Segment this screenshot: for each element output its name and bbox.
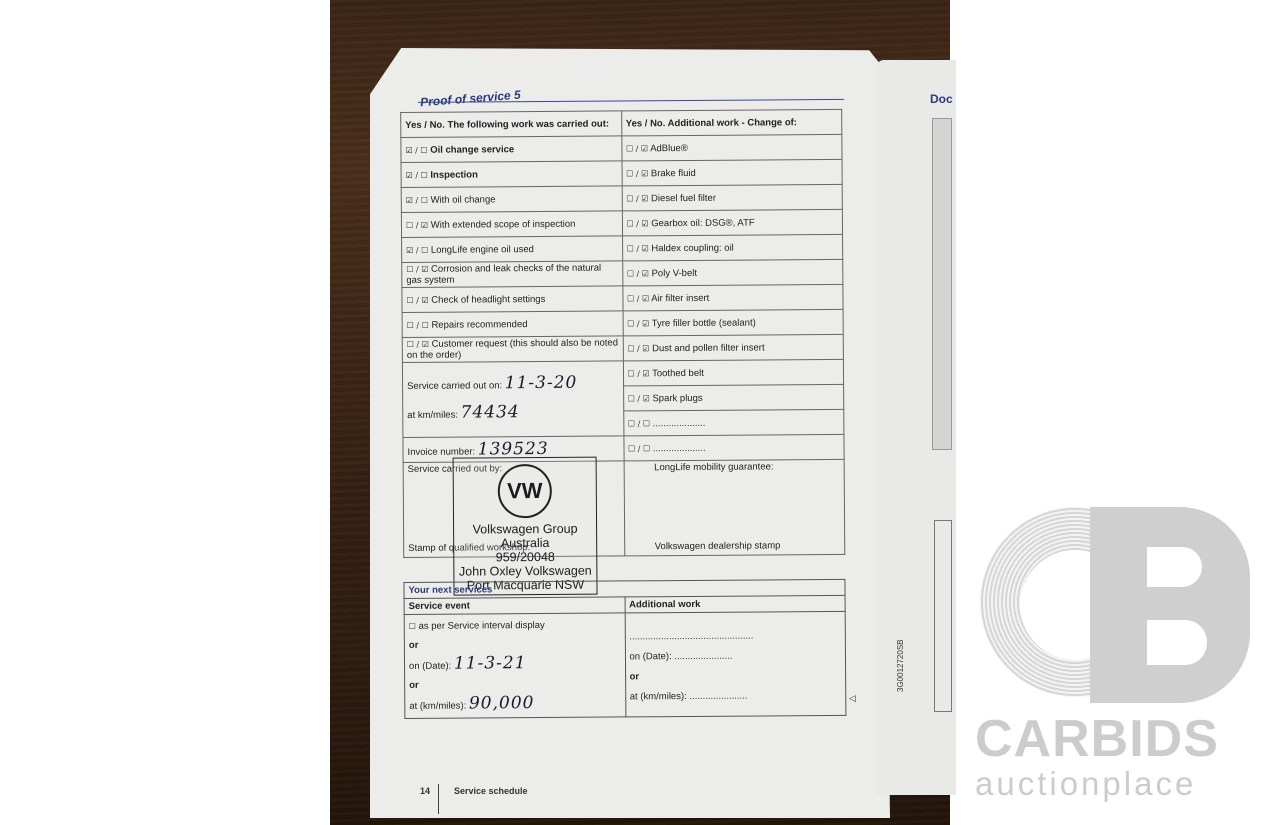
- right-row-cell: ☐ / ☑ Poly V-belt: [622, 259, 843, 286]
- row-label: With extended scope of inspection: [428, 218, 575, 230]
- right-row-cell: ☐ / ☑ Tyre filler bottle (sealant): [623, 309, 844, 336]
- km-label: at (km/miles):: [630, 691, 687, 702]
- additional-work-cell: ........................................…: [625, 611, 846, 717]
- left-row-cell: ☐ / ☑ With extended scope of inspection: [401, 211, 622, 238]
- left-row-cell: ☐ / ☐ Repairs recommended: [402, 311, 623, 338]
- carbids-watermark: CARBIDS auctionplace: [975, 505, 1255, 815]
- next-date-value[interactable]: 11-3-21: [454, 653, 527, 674]
- left-header: Yes / No. The following work was carried…: [401, 111, 622, 138]
- right-row-cell: ☐ / ☑ Spark plugs: [623, 384, 844, 411]
- table-row: Service carried out on: 11-3-20at km/mil…: [402, 359, 843, 387]
- date-label: on (Date):: [629, 651, 671, 662]
- yes-checkbox[interactable]: ☐: [627, 369, 634, 378]
- right-row-cell: ☐ / ☑ Air filter insert: [622, 284, 843, 311]
- or-label: or: [630, 666, 842, 687]
- row-label: Toothed belt: [650, 367, 704, 378]
- yes-checkbox[interactable]: ☐: [627, 244, 634, 253]
- service-details-cell: Service carried out on: 11-3-20at km/mil…: [402, 361, 623, 438]
- service-date-label: Service carried out on:: [407, 380, 502, 392]
- left-row-cell: ☑ / ☐ Oil change service: [401, 136, 622, 163]
- yes-checkbox[interactable]: ☐: [628, 419, 635, 428]
- row-label: Poly V-belt: [649, 267, 697, 278]
- row-label: Brake fluid: [648, 167, 696, 178]
- carbids-logo-icon: [975, 505, 1255, 705]
- interval-label: as per Service interval display: [419, 620, 545, 632]
- no-checkbox[interactable]: ☑: [641, 144, 648, 153]
- yes-checkbox[interactable]: ☐: [626, 169, 633, 178]
- service-date-value[interactable]: 11-3-20: [505, 373, 578, 394]
- row-label: Air filter insert: [649, 292, 709, 303]
- invoice-label: Invoice number:: [408, 446, 476, 457]
- dots-field[interactable]: ......................: [674, 651, 732, 662]
- right-row-cell: ☐ / ☑ Dust and pollen filter insert: [623, 334, 844, 361]
- right-page-table: [934, 520, 952, 712]
- doc-code: 3G0012720SB: [896, 640, 905, 693]
- row-label: Customer request (this should also be no…: [407, 337, 618, 360]
- watermark-brand: CARBIDS: [975, 713, 1255, 765]
- next-km-value[interactable]: 90,000: [469, 693, 535, 713]
- date-label: on (Date):: [409, 661, 451, 672]
- no-checkbox[interactable]: ☑: [642, 319, 649, 328]
- row-label: Diesel fuel filter: [648, 192, 716, 203]
- yes-checkbox[interactable]: ☐: [626, 144, 633, 153]
- row-label: With oil change: [428, 194, 496, 205]
- vw-logo-icon: VW: [498, 464, 552, 518]
- table-row: ☑ / ☐ LongLife engine oil used☐ / ☑ Hald…: [402, 234, 843, 262]
- row-label: Gearbox oil: DSG®, ATF: [649, 217, 755, 229]
- yes-checkbox[interactable]: ☐: [627, 344, 634, 353]
- no-checkbox[interactable]: ☑: [642, 244, 649, 253]
- right-header: Yes / No. Additional work - Change of:: [621, 109, 842, 136]
- table-row: ☐ / ☑ Corrosion and leak checks of the n…: [402, 259, 843, 287]
- row-label: Oil change service: [428, 144, 515, 156]
- right-row-cell: ☐ / ☑ AdBlue®: [621, 134, 842, 161]
- row-label: Inspection: [428, 169, 478, 180]
- table-row: ☐ / ☐ Repairs recommended☐ / ☑ Tyre fill…: [402, 309, 843, 337]
- left-row-cell: ☑ / ☐ LongLife engine oil used: [402, 236, 623, 263]
- right-row-cell: ☐ / ☑ Haldex coupling: oil: [622, 234, 843, 261]
- dealer-stamp: VW Volkswagen Group Australia 959/20048 …: [453, 457, 598, 596]
- yes-checkbox[interactable]: ☐: [627, 269, 634, 278]
- no-checkbox[interactable]: ☑: [642, 344, 649, 353]
- yes-checkbox[interactable]: ☐: [628, 394, 635, 403]
- row-label: ....................: [650, 442, 706, 453]
- table-row: ☐ / ☑ With extended scope of inspection☐…: [401, 209, 842, 237]
- right-row-cell: ☐ / ☑ Toothed belt: [623, 359, 844, 386]
- no-checkbox[interactable]: ☐: [643, 419, 650, 428]
- or-label: or: [409, 634, 621, 654]
- no-checkbox[interactable]: ☑: [642, 369, 649, 378]
- right-row-cell: ☐ / ☑ Gearbox oil: DSG®, ATF: [622, 209, 843, 236]
- stamp-line: John Oxley Volkswagen: [454, 564, 596, 579]
- row-label: AdBlue®: [648, 142, 688, 153]
- no-checkbox[interactable]: ☑: [642, 269, 649, 278]
- no-checkbox[interactable]: ☑: [641, 169, 648, 178]
- table-row: ☐ / ☑ Customer request (this should also…: [402, 334, 843, 362]
- table-row: ☑ / ☐ With oil change☐ / ☑ Diesel fuel f…: [401, 184, 842, 212]
- left-row-cell: ☐ / ☑ Check of headlight settings: [402, 286, 623, 313]
- service-event-header: Service event: [404, 597, 625, 615]
- km-value[interactable]: 74434: [461, 402, 520, 422]
- watermark-sub: auctionplace: [975, 765, 1255, 803]
- row-label: Corrosion and leak checks of the natural…: [406, 263, 601, 286]
- stamp-line: Australia: [454, 536, 596, 551]
- dots-field[interactable]: ........................................…: [629, 626, 841, 647]
- row-label: Dust and pollen filter insert: [649, 342, 764, 354]
- row-label: Repairs recommended: [429, 319, 528, 331]
- row-label: Check of headlight settings: [429, 293, 546, 305]
- right-row-cell: ☐ / ☑ Brake fluid: [622, 159, 843, 186]
- no-checkbox[interactable]: ☑: [641, 194, 648, 203]
- or-label: or: [409, 674, 621, 694]
- left-row-cell: ☐ / ☑ Corrosion and leak checks of the n…: [402, 261, 623, 288]
- yes-checkbox[interactable]: ☐: [627, 319, 634, 328]
- no-checkbox[interactable]: ☑: [643, 394, 650, 403]
- checkbox[interactable]: ☐: [409, 622, 416, 631]
- yes-checkbox[interactable]: ☐: [628, 444, 635, 453]
- footer-divider: [438, 784, 439, 814]
- page-number: 14: [420, 786, 430, 796]
- right-page-figure: [932, 118, 952, 450]
- stamp-line: Volkswagen Group: [454, 522, 596, 537]
- no-checkbox[interactable]: ☑: [641, 219, 648, 228]
- next-services-table: Your next services Service event Additio…: [403, 579, 846, 719]
- table-row: ☑ / ☐ Oil change service☐ / ☑ AdBlue®: [401, 134, 842, 162]
- left-row-cell: ☐ / ☑ Customer request (this should also…: [402, 336, 623, 363]
- right-row-cell: ☐ / ☑ Diesel fuel filter: [622, 184, 843, 211]
- stamp-line: 959/20048: [454, 550, 596, 565]
- km-label: at (km/miles):: [409, 701, 466, 712]
- row-label: ....................: [650, 417, 706, 428]
- left-row-cell: ☑ / ☐ Inspection: [401, 161, 622, 188]
- row-label: LongLife engine oil used: [428, 244, 534, 256]
- left-row-cell: ☑ / ☐ With oil change: [401, 186, 622, 213]
- no-checkbox[interactable]: ☐: [643, 444, 650, 453]
- service-event-cell: ☐ as per Service interval display or on …: [404, 613, 625, 719]
- page-footer: 14 Service schedule: [420, 786, 430, 796]
- triangle-marker-icon: ◁: [849, 693, 856, 704]
- yes-checkbox[interactable]: ☐: [627, 294, 634, 303]
- longlife-label: LongLife mobility guarantee:: [654, 461, 773, 473]
- right-row-cell: ☐ / ☐ ....................: [623, 409, 844, 436]
- dots-field[interactable]: ......................: [689, 691, 747, 702]
- additional-work-header: Additional work: [625, 595, 846, 613]
- no-checkbox[interactable]: ☑: [642, 294, 649, 303]
- footer-section: Service schedule: [454, 786, 528, 796]
- longlife-cell: LongLife mobility guarantee:Volkswagen d…: [624, 459, 845, 556]
- table-row: ☑ / ☐ Inspection☐ / ☑ Brake fluid: [401, 159, 842, 187]
- row-label: Spark plugs: [650, 392, 703, 403]
- row-label: Haldex coupling: oil: [649, 242, 734, 254]
- right-page-title: Doc: [930, 92, 953, 106]
- km-label: at km/miles:: [407, 410, 458, 421]
- table-row: ☐ / ☑ Check of headlight settings☐ / ☑ A…: [402, 284, 843, 312]
- dealer-stamp-label: Volkswagen dealership stamp: [655, 540, 781, 552]
- row-label: Tyre filler bottle (sealant): [649, 317, 756, 329]
- yes-checkbox[interactable]: ☐: [626, 194, 633, 203]
- right-row-cell: ☐ / ☐ ....................: [623, 434, 844, 461]
- yes-checkbox[interactable]: ☐: [626, 219, 633, 228]
